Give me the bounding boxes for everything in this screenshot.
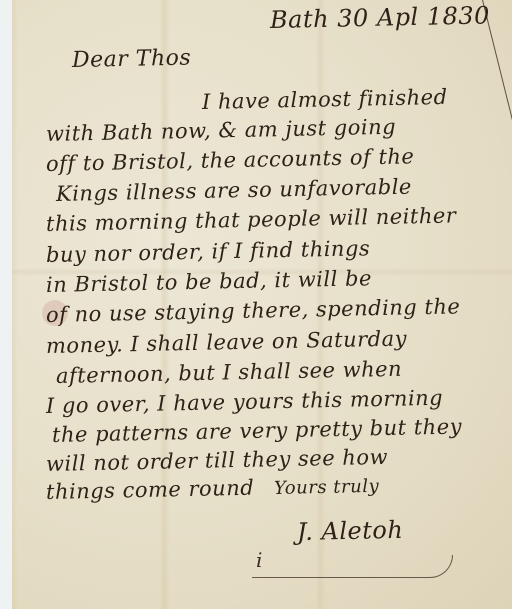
body-line: with Bath now, & am just going [46,115,397,146]
body-line: off to Bristol, the accounts of the [46,144,415,176]
body-line: Kings illness are so unfavorable [56,175,412,206]
signature-mark: i [256,548,262,572]
body-line: this morning that people will neither [46,203,457,236]
salutation: Dear Thos [72,46,192,73]
signature: J. Aletoh [297,516,404,546]
body-line: buy nor order, if I find things [46,236,371,267]
closing: Yours truly [274,476,380,499]
body-line: afternoon, but I shall see when [56,357,403,388]
letter-paper: Bath 30 Apl 1830 Dear Thos I have almost… [12,0,512,609]
body-line: will not order till they see how [46,445,388,476]
body-line: money. I shall leave on Saturday [46,326,407,358]
body-line: I have almost finished [202,85,448,114]
scan-margin [0,0,12,609]
body-line: of no use staying there, spending the [46,294,461,327]
body-line: the patterns are very pretty but they [52,414,462,447]
body-line: I go over, I have yours this morning [46,386,444,418]
dateline: Bath 30 Apl 1830 [270,1,490,34]
body-line: things come round [46,476,255,504]
signature-flourish [252,555,453,578]
body-line: in Bristol to be bad, it will be [46,266,372,297]
